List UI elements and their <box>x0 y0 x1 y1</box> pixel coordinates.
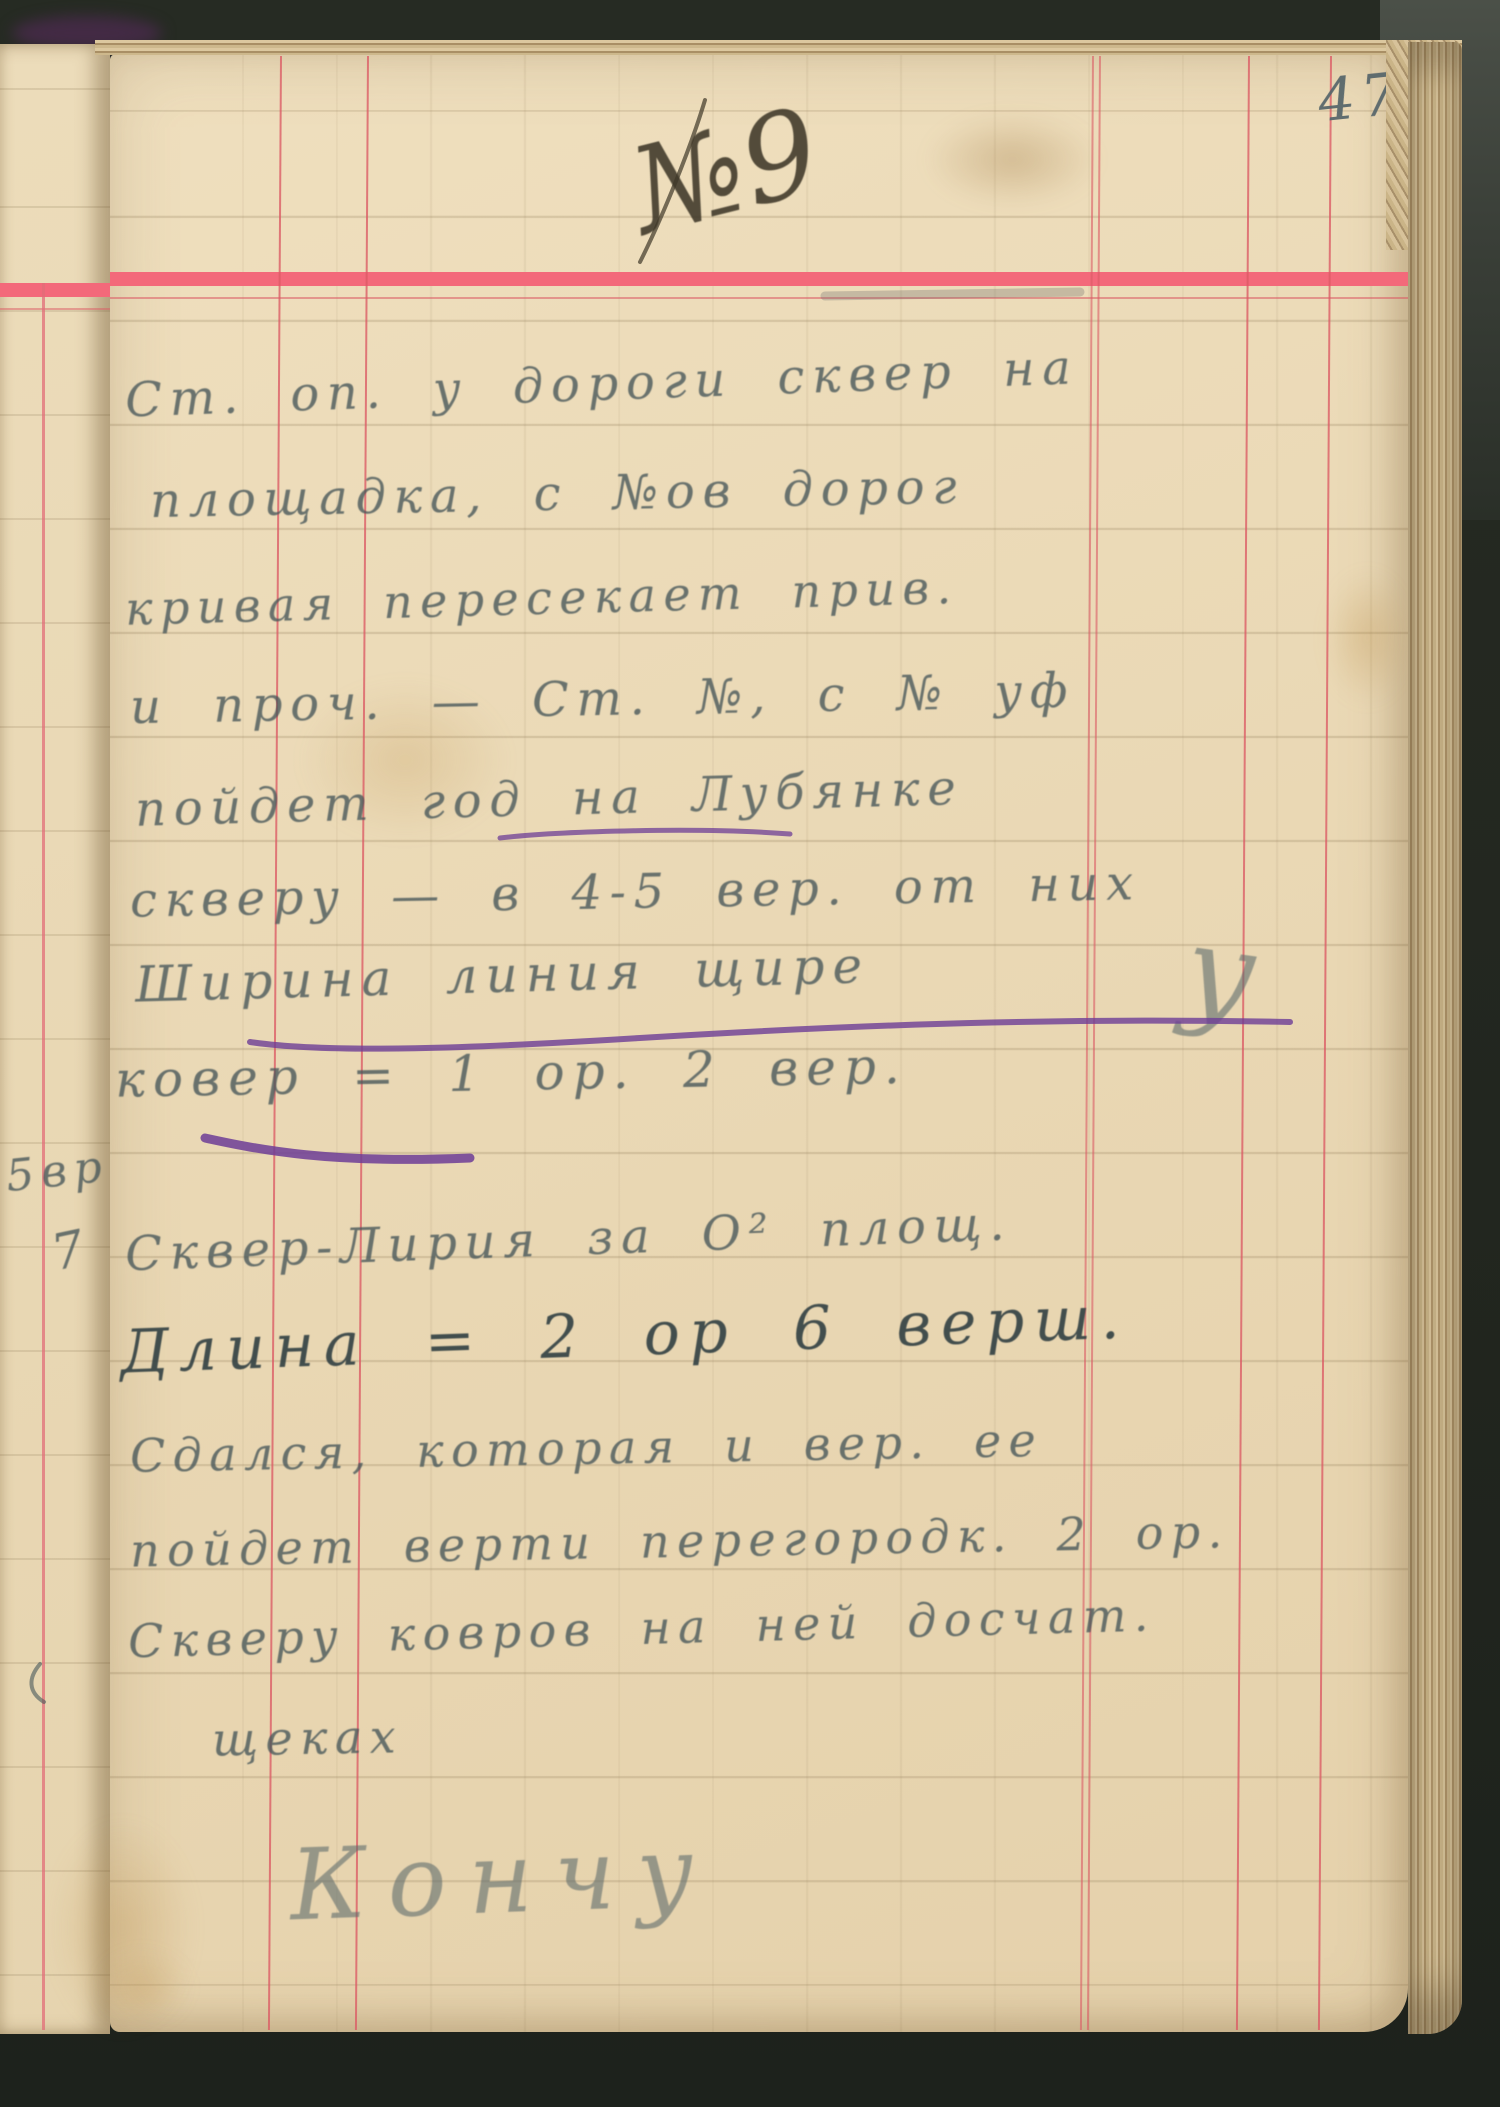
handwriting-line: ковер = 1 ор. 2 вер. <box>115 1041 909 1105</box>
page-edge-stack-right <box>1408 42 1462 2034</box>
photo-background: 47 №9 Ст. оп. у дороги сквер на площадка… <box>0 0 1500 2107</box>
handwriting-line: щеках <box>212 1713 404 1762</box>
pink-header-band <box>110 272 1410 286</box>
handwriting-line: площадка, с №ов дорог <box>150 463 965 525</box>
pencil-flourish-tail: у <box>1177 909 1282 1040</box>
underlying-page-thin-rule <box>0 308 110 310</box>
underlying-page-edge <box>0 44 110 2034</box>
stain <box>1325 570 1410 705</box>
stain <box>925 112 1100 207</box>
page-edge-stack-top <box>95 40 1462 55</box>
margin-note: 5вр <box>4 1145 111 1200</box>
signature-flourish: Кончу <box>288 1823 716 1936</box>
underlying-page-pink-band <box>0 283 110 297</box>
stain <box>95 1950 190 2025</box>
thin-red-rule <box>110 297 1410 299</box>
